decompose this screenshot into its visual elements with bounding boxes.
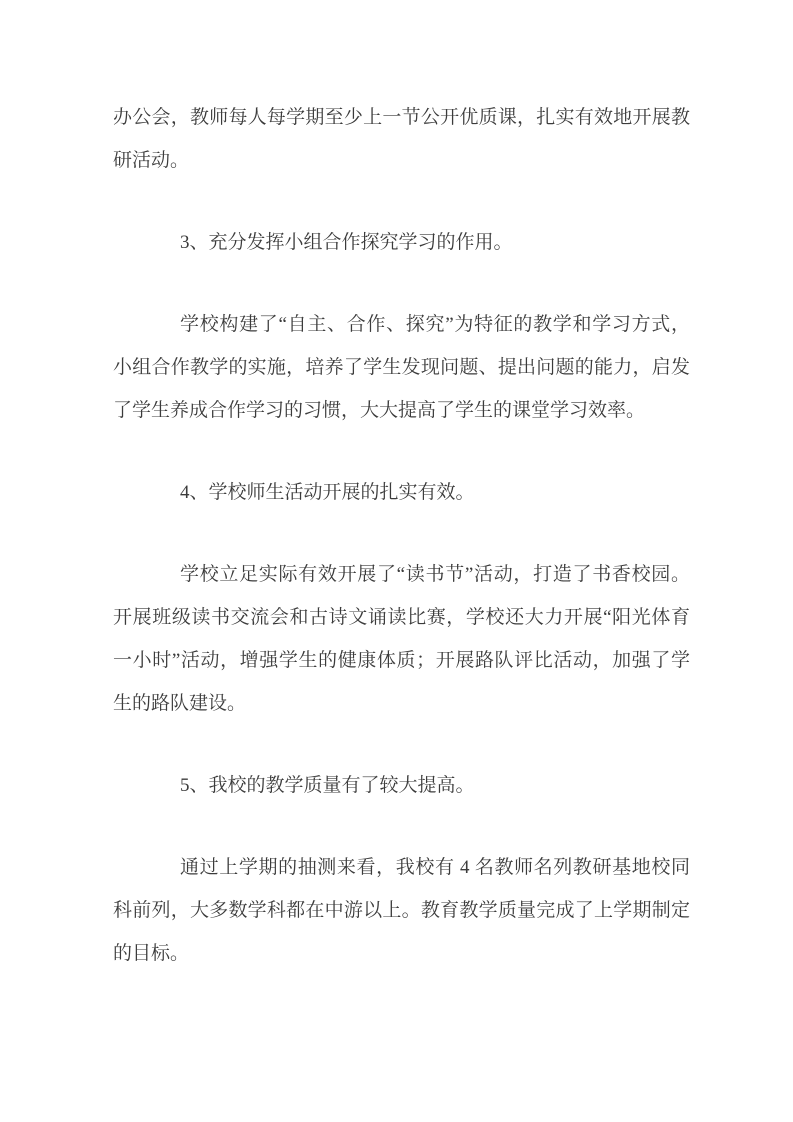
paragraph-heading-4: 4、学校师生活动开展的扎实有效。 <box>113 471 690 514</box>
text-line: 了学生养成合作学习的习惯，大大提高了学生的课堂学习效率。 <box>113 389 690 432</box>
paragraph-body-3: 学校构建了“自主、合作、探究”为特征的教学和学习方式， 小组合作教学的实施，培养… <box>113 303 690 432</box>
text-line: 科前列，大多数学科都在中游以上。教育教学质量完成了上学期制定 <box>113 889 690 932</box>
document-content: 办公会，教师每人每学期至少上一节公开优质课，扎实有效地开展教 研活动。 3、充分… <box>113 96 690 975</box>
heading-line: 4、学校师生活动开展的扎实有效。 <box>113 471 690 514</box>
text-line: 一小时”活动，增强学生的健康体质；开展路队评比活动，加强了学 <box>113 639 690 682</box>
text-line: 通过上学期的抽测来看，我校有 4 名教师名列教研基地校同 <box>113 846 690 889</box>
paragraph-body-4: 学校立足实际有效开展了“读书节”活动，打造了书香校园。 开展班级读书交流会和古诗… <box>113 553 690 725</box>
paragraph-continued: 办公会，教师每人每学期至少上一节公开优质课，扎实有效地开展教 研活动。 <box>113 96 690 182</box>
text-line: 小组合作教学的实施，培养了学生发现问题、提出问题的能力，启发 <box>113 346 690 389</box>
paragraph-heading-3: 3、充分发挥小组合作探究学习的作用。 <box>113 221 690 264</box>
text-line: 开展班级读书交流会和古诗文诵读比赛，学校还大力开展“阳光体育 <box>113 596 690 639</box>
text-line: 研活动。 <box>113 139 690 182</box>
text-line: 的目标。 <box>113 932 690 975</box>
text-line: 办公会，教师每人每学期至少上一节公开优质课，扎实有效地开展教 <box>113 96 690 139</box>
paragraph-body-5: 通过上学期的抽测来看，我校有 4 名教师名列教研基地校同 科前列，大多数学科都在… <box>113 846 690 975</box>
text-line: 生的路队建设。 <box>113 682 690 725</box>
document-page: 办公会，教师每人每学期至少上一节公开优质课，扎实有效地开展教 研活动。 3、充分… <box>0 0 793 1122</box>
heading-line: 5、我校的教学质量有了较大提高。 <box>113 764 690 807</box>
paragraph-heading-5: 5、我校的教学质量有了较大提高。 <box>113 764 690 807</box>
text-line: 学校构建了“自主、合作、探究”为特征的教学和学习方式， <box>113 303 690 346</box>
heading-line: 3、充分发挥小组合作探究学习的作用。 <box>113 221 690 264</box>
text-line: 学校立足实际有效开展了“读书节”活动，打造了书香校园。 <box>113 553 690 596</box>
